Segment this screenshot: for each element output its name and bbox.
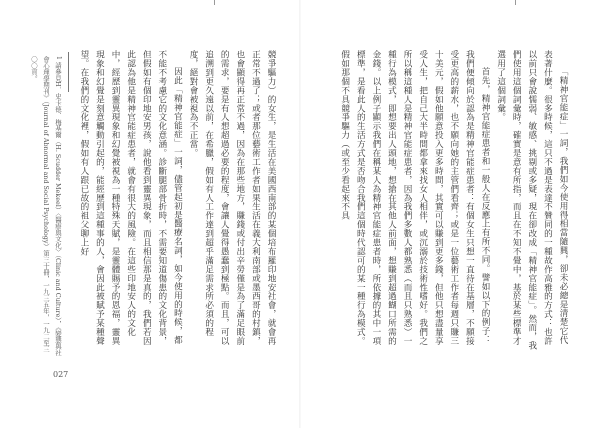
paragraph: 「精神官能症」一詞，我們如今使用得相當隨興，卻未必總是清楚它代表著什麼。很多時候… xyxy=(492,50,570,350)
paragraph: 競爭驅力）的女生，是生活在美國西南部的某個培布羅印地安社會，就會再正常不過了；或… xyxy=(184,50,278,350)
book-spread: 競爭驅力）的女生，是生活在美國西南部的某個培布羅印地安社會，就會再正常不過了；或… xyxy=(0,0,600,428)
footnote-text: 請參見H．史卡德．梅基爾（H. Scudder Mekeel）〈醫療與文化〉（C… xyxy=(30,56,62,356)
footnote-number: 1 xyxy=(55,56,62,60)
left-page-body: 競爭驅力）的女生，是生活在美國西南部的某個培布羅印地安社會，就會再正常不過了；或… xyxy=(63,50,278,350)
page-number: 027 xyxy=(53,370,68,379)
footnote-rule xyxy=(68,52,69,92)
right-page-body: 「精神官能症」一詞，我們如今使用得相當隨興，卻未必總是清楚它代表著什麼。很多時候… xyxy=(320,50,570,350)
footnote: 1 請參見H．史卡德．梅基爾（H. Scudder Mekeel）〈醫療與文化〉… xyxy=(34,56,64,356)
left-page: 競爭驅力）的女生，是生活在美國西南部的某個培布羅印地安社會，就會再正常不過了；或… xyxy=(0,0,300,428)
paragraph: 因此「精神官能症」一詞，儘管起初是醫療名詞，如今使用的時候，都不能不考慮它的文化… xyxy=(75,50,184,350)
paragraph: 首先，精神官能症患者和一般人在反應上有所不同。譬如以下的例子：我們便傾向於認為是… xyxy=(336,50,492,350)
right-page: 「精神官能症」一詞，我們如今使用得相當隨興，卻未必總是清楚它代表著什麼。很多時候… xyxy=(300,0,600,428)
